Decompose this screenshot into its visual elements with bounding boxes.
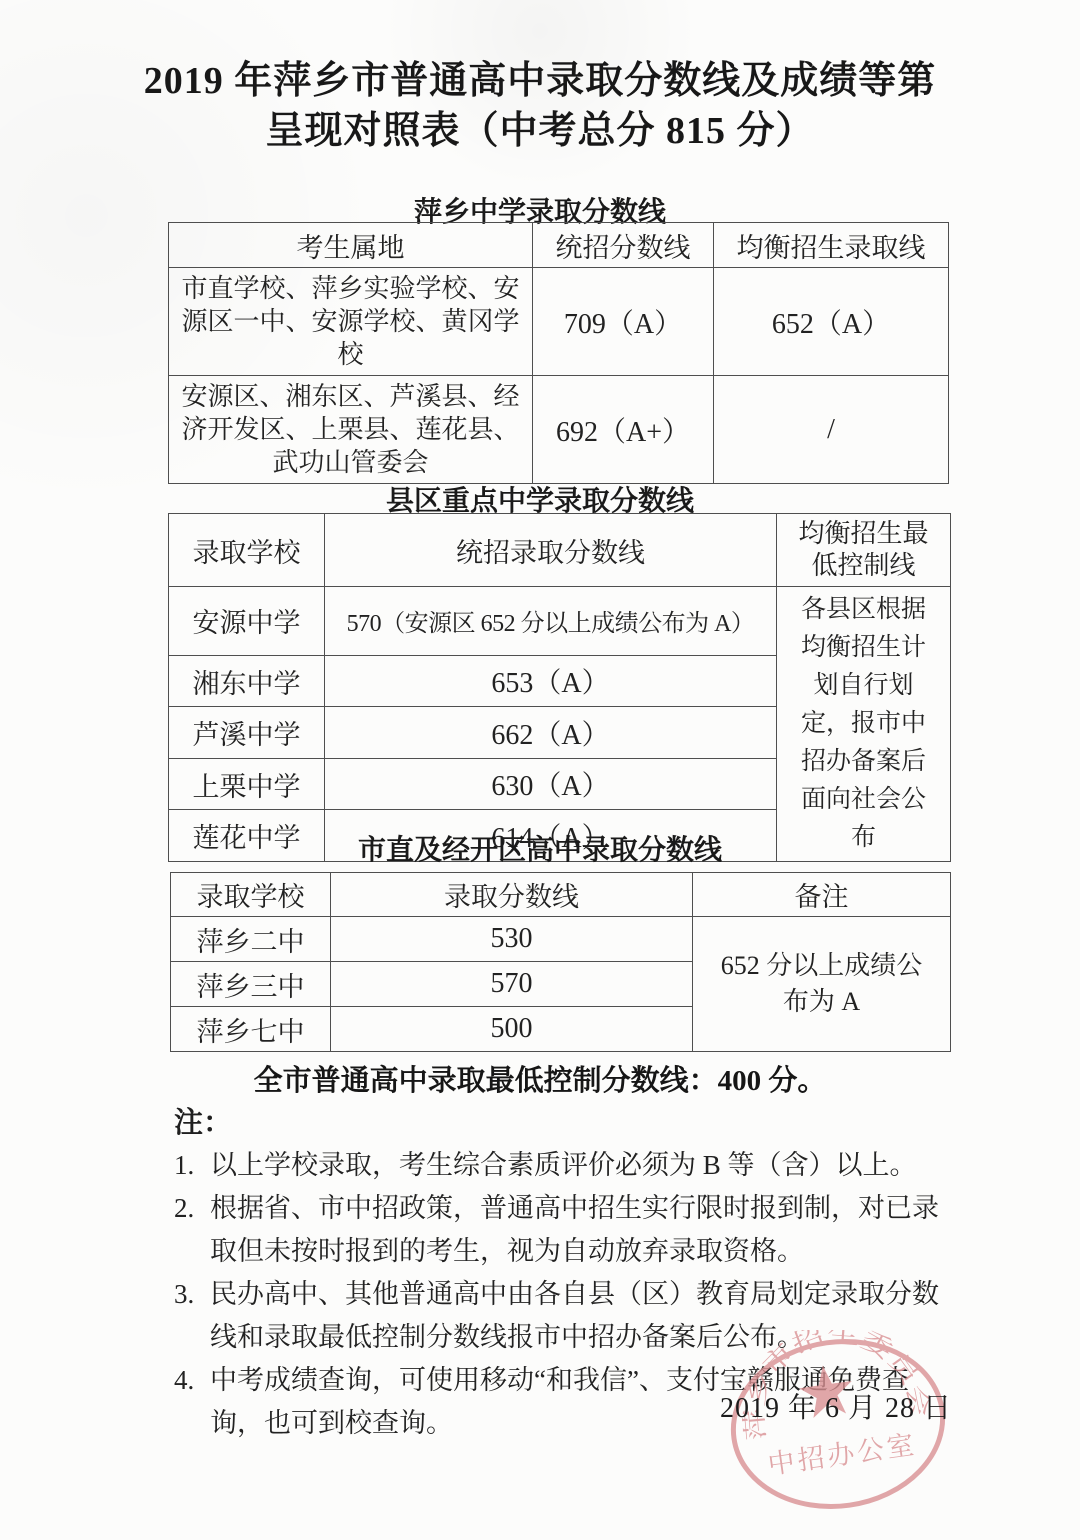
column-header: 备注	[693, 873, 951, 917]
official-red-stamp: 萍乡市招生委员会 中招办公室	[716, 1330, 960, 1540]
school-cell: 湘东中学	[169, 655, 325, 707]
city-district-school-table: 录取学校 录取分数线 备注 萍乡二中 530 652 分以上成绩公布为 A 萍乡…	[170, 872, 951, 1052]
notes-label: 注：	[174, 1100, 232, 1141]
balanced-cell: 652（A）	[714, 268, 949, 376]
column-header: 录取学校	[171, 873, 331, 917]
note-number: 1.	[174, 1144, 210, 1187]
note-item: 1. 以上学校录取，考生综合素质评价必须为 B 等（含）以上。	[174, 1144, 962, 1187]
school-cell: 芦溪中学	[169, 707, 325, 759]
table-row: 萍乡二中 530 652 分以上成绩公布为 A	[171, 917, 951, 962]
school-cell: 萍乡七中	[171, 1007, 331, 1052]
document-page: 2019 年萍乡市普通高中录取分数线及成绩等第 呈现对照表（中考总分 815 分…	[0, 0, 1080, 1540]
area-cell: 安源区、湘东区、芦溪县、经济开发区、上栗县、莲花县、武功山管委会	[169, 376, 533, 484]
table-header-row: 录取学校 统招录取分数线 均衡招生最低控制线	[169, 514, 951, 587]
school-cell: 萍乡二中	[171, 917, 331, 962]
area-cell: 市直学校、萍乡实验学校、安源区一中、安源学校、黄冈学校	[169, 268, 533, 376]
table3-heading: 市直及经开区高中录取分数线	[0, 828, 1080, 868]
column-header: 录取学校	[169, 514, 325, 587]
table-row: 安源区、湘东区、芦溪县、经济开发区、上栗县、莲花县、武功山管委会 692（A+）…	[169, 376, 949, 484]
unified-cell: 692（A+）	[533, 376, 714, 484]
column-header: 考生属地	[169, 223, 533, 268]
title-line-2: 呈现对照表（中考总分 815 分）	[0, 106, 1080, 156]
column-header: 均衡招生录取线	[714, 223, 949, 268]
table-header-row: 考生属地 统招分数线 均衡招生录取线	[169, 223, 949, 268]
county-key-school-table: 录取学校 统招录取分数线 均衡招生最低控制线 安源中学 570（安源区 652 …	[168, 513, 951, 862]
column-header: 统招分数线	[533, 223, 714, 268]
title-line-1: 2019 年萍乡市普通高中录取分数线及成绩等第	[0, 56, 1080, 106]
note-number: 2.	[174, 1187, 210, 1273]
school-cell: 安源中学	[169, 587, 325, 656]
minimum-control-line: 全市普通高中录取最低控制分数线：400 分。	[0, 1058, 1080, 1099]
note-text: 根据省、市中招政策，普通高中招生实行限时报到制，对已录取但未按时报到的考生，视为…	[210, 1187, 962, 1273]
score-cell: 570	[331, 962, 693, 1007]
stamp-bottom-text: 中招办公室	[766, 1429, 919, 1480]
note-item: 2. 根据省、市中招政策，普通高中招生实行限时报到制，对已录取但未按时报到的考生…	[174, 1187, 962, 1273]
note-number: 4.	[174, 1359, 210, 1445]
page-title: 2019 年萍乡市普通高中录取分数线及成绩等第 呈现对照表（中考总分 815 分…	[0, 56, 1080, 156]
school-cell: 上栗中学	[169, 758, 325, 810]
note-number: 3.	[174, 1273, 210, 1359]
score-cell: 530	[331, 917, 693, 962]
score-cell: 570（安源区 652 分以上成绩公布为 A）	[325, 587, 777, 656]
score-cell: 662（A）	[325, 707, 777, 759]
issue-date: 2019 年 6 月 28 日	[720, 1386, 952, 1426]
column-header: 录取分数线	[331, 873, 693, 917]
note-text: 以上学校录取，考生综合素质评价必须为 B 等（含）以上。	[210, 1144, 962, 1187]
table-row: 安源中学 570（安源区 652 分以上成绩公布为 A） 各县区根据均衡招生计划…	[169, 587, 951, 656]
balanced-cell: /	[714, 376, 949, 484]
balanced-note-cell: 各县区根据均衡招生计划自行划定，报市中招办备案后面向社会公布	[777, 587, 951, 862]
table-header-row: 录取学校 录取分数线 备注	[171, 873, 951, 917]
score-cell: 653（A）	[325, 655, 777, 707]
pingxiang-middle-school-table: 考生属地 统招分数线 均衡招生录取线 市直学校、萍乡实验学校、安源区一中、安源学…	[168, 222, 949, 484]
unified-cell: 709（A）	[533, 268, 714, 376]
remark-cell: 652 分以上成绩公布为 A	[693, 917, 951, 1052]
column-header: 统招录取分数线	[325, 514, 777, 587]
column-header: 均衡招生最低控制线	[777, 514, 951, 587]
score-cell: 630（A）	[325, 758, 777, 810]
school-cell: 萍乡三中	[171, 962, 331, 1007]
score-cell: 500	[331, 1007, 693, 1052]
table-row: 市直学校、萍乡实验学校、安源区一中、安源学校、黄冈学校 709（A） 652（A…	[169, 268, 949, 376]
